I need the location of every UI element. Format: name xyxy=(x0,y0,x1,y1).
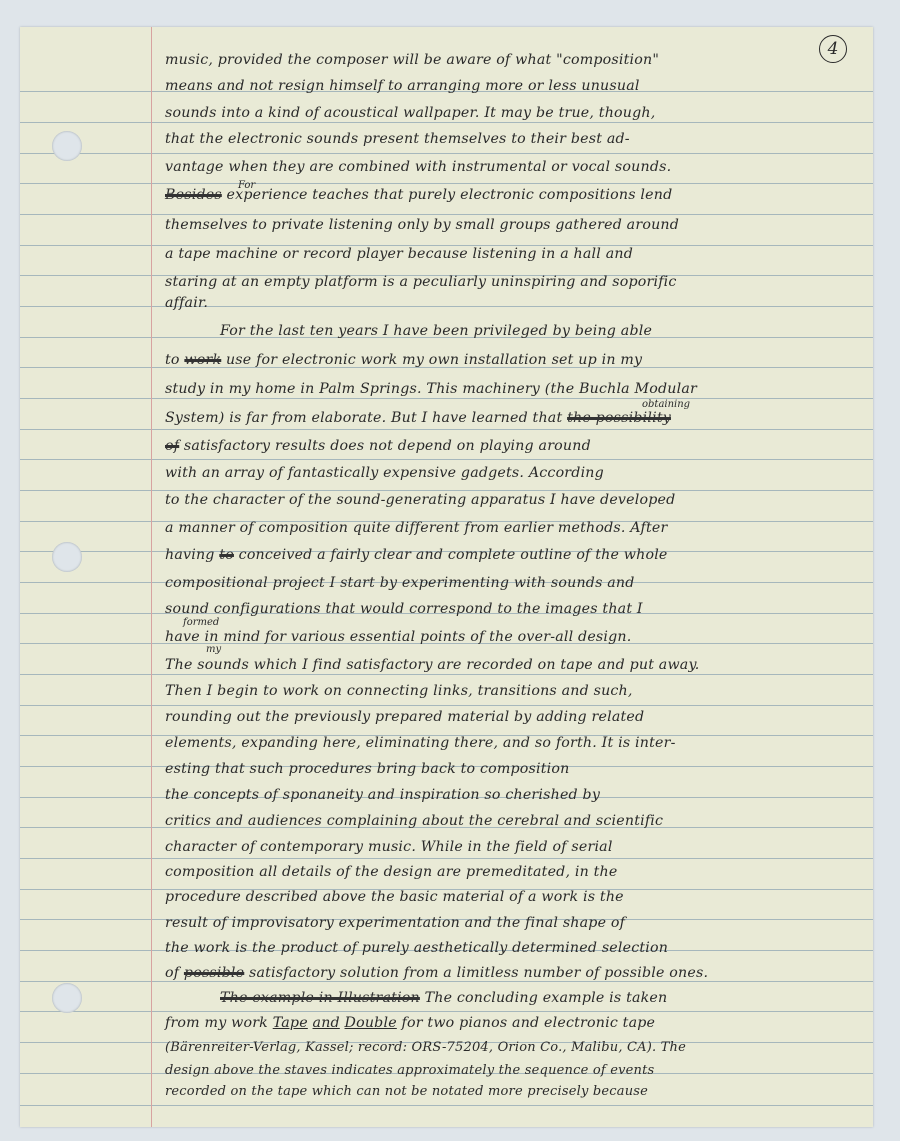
notebook-page: 4 music, provided the composer will be a… xyxy=(20,27,873,1127)
work-title: and xyxy=(313,1015,340,1031)
ruled-line xyxy=(20,705,873,706)
ruled-line xyxy=(20,306,873,307)
ruled-line xyxy=(20,459,873,460)
line-text: for two pianos and electronic tape xyxy=(402,1015,656,1031)
text-line: compositional project I start by experim… xyxy=(165,575,635,591)
text-line: vantage when they are combined with inst… xyxy=(165,159,671,175)
text-line: critics and audiences complaining about … xyxy=(165,813,663,829)
text-line: with an array of fantastically expensive… xyxy=(165,465,604,481)
ruled-line xyxy=(20,122,873,123)
ruled-line xyxy=(20,981,873,982)
text-line: System) is far from elaborate. But I hav… xyxy=(165,410,671,426)
ruled-line xyxy=(20,153,873,154)
text-line: procedure described above the basic mate… xyxy=(165,889,624,905)
line-text: conceived a fairly clear and complete ou… xyxy=(239,547,668,563)
binder-hole xyxy=(52,131,82,161)
line-text: satisfactory solution from a limitless n… xyxy=(249,965,708,981)
ruled-line xyxy=(20,398,873,399)
line-text: use for electronic work my own installat… xyxy=(226,352,642,368)
text-line: The example in Illustration The concludi… xyxy=(220,990,667,1006)
ruled-line xyxy=(20,1042,873,1043)
ruled-line xyxy=(20,1073,873,1074)
text-line: of possible satisfactory solution from a… xyxy=(165,965,708,981)
struck-word: work xyxy=(184,352,221,368)
struck-word: the possibility xyxy=(567,410,671,426)
struck-word: possible xyxy=(184,965,244,981)
line-text: System) is far from elaborate. But I hav… xyxy=(165,410,562,426)
text-line: character of contemporary music. While i… xyxy=(165,839,613,855)
text-line: music, provided the composer will be awa… xyxy=(165,52,659,68)
text-line: sounds into a kind of acoustical wallpap… xyxy=(165,105,655,121)
text-line: staring at an empty platform is a peculi… xyxy=(165,274,677,290)
insertion: formed xyxy=(183,617,219,628)
text-line: Then I begin to work on connecting links… xyxy=(165,683,633,699)
line-text: For the last ten years I have been privi… xyxy=(220,323,652,339)
text-line: result of improvisatory experimentation … xyxy=(165,915,625,931)
text-line: means and not resign himself to arrangin… xyxy=(165,78,640,94)
text-line: have in mind for various essential point… xyxy=(165,629,631,645)
text-line: that the electronic sounds present thems… xyxy=(165,131,630,147)
ruled-line xyxy=(20,858,873,859)
text-line: elements, expanding here, eliminating th… xyxy=(165,735,676,751)
text-line: esting that such procedures bring back t… xyxy=(165,761,569,777)
line-text: to xyxy=(165,352,180,368)
line-text: having xyxy=(165,547,215,563)
text-line: the work is the product of purely aesthe… xyxy=(165,940,668,956)
insertion: my xyxy=(206,644,221,655)
ruled-line xyxy=(20,1011,873,1012)
struck-word: of xyxy=(165,438,179,454)
line-text: in xyxy=(205,629,219,645)
struck-word: The example in Illustration xyxy=(220,990,420,1006)
insertion: obtaining xyxy=(642,399,690,410)
page-number: 4 xyxy=(819,35,847,63)
text-line: The sounds which I find satisfactory are… xyxy=(165,657,700,673)
text-line: affair. xyxy=(165,295,208,311)
line-text: experience teaches that purely electroni… xyxy=(227,187,673,203)
margin-line xyxy=(151,27,152,1127)
text-line: For the last ten years I have been privi… xyxy=(220,323,652,339)
ruled-line xyxy=(20,674,873,675)
ruled-line xyxy=(20,490,873,491)
text-line: themselves to private listening only by … xyxy=(165,217,679,233)
insertion: For xyxy=(238,180,255,191)
text-line: to work use for electronic work my own i… xyxy=(165,352,642,368)
text-line: from my work Tape and Double for two pia… xyxy=(165,1015,655,1031)
work-title: Tape xyxy=(273,1015,308,1031)
ruled-line xyxy=(20,429,873,430)
text-line: study in my home in Palm Springs. This m… xyxy=(165,381,697,397)
line-text: from my work xyxy=(165,1015,268,1031)
text-line: sound configurations that would correspo… xyxy=(165,601,643,617)
text-line: composition all details of the design ar… xyxy=(165,864,617,880)
ruled-line xyxy=(20,183,873,184)
binder-hole xyxy=(52,542,82,572)
text-line: rounding out the previously prepared mat… xyxy=(165,709,644,725)
struck-word: to xyxy=(219,547,234,563)
ruled-line xyxy=(20,1105,873,1106)
text-line: to the character of the sound-generating… xyxy=(165,492,675,508)
line-text: of xyxy=(165,965,179,981)
ruled-line xyxy=(20,214,873,215)
text-line: of satisfactory results does not depend … xyxy=(165,438,591,454)
text-line: having to conceived a fairly clear and c… xyxy=(165,547,668,563)
line-text: mind for various essential points of the… xyxy=(223,629,631,645)
text-line: a manner of composition quite different … xyxy=(165,520,667,536)
work-title: Double xyxy=(345,1015,397,1031)
text-line: a tape machine or record player because … xyxy=(165,246,633,262)
line-text: satisfactory results does not depend on … xyxy=(184,438,591,454)
struck-word: Besides xyxy=(165,187,222,203)
line-text: The concluding example is taken xyxy=(425,990,668,1006)
binder-hole xyxy=(52,983,82,1013)
text-line: the concepts of sponaneity and inspirati… xyxy=(165,787,600,803)
line-text: have xyxy=(165,629,200,645)
